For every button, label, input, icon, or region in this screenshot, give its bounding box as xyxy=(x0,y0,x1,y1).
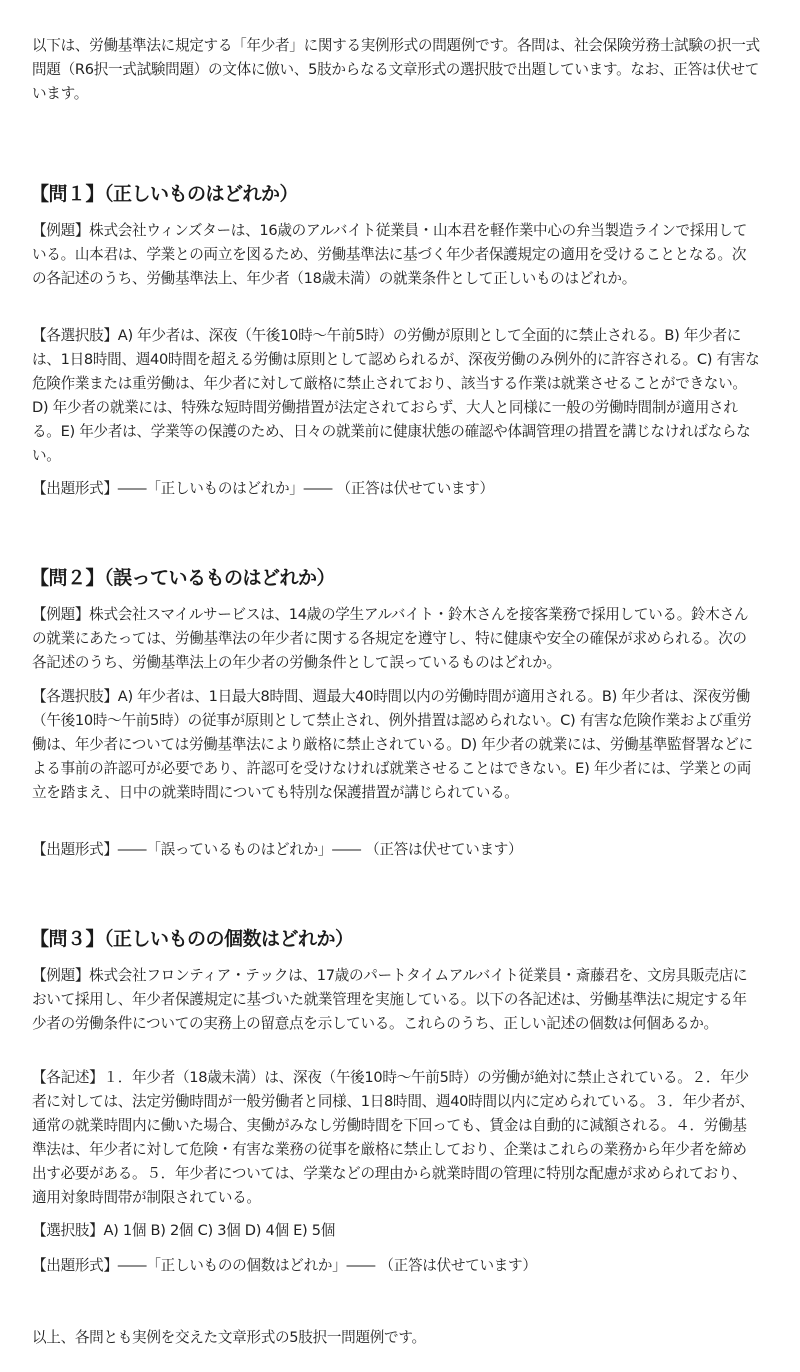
question-3-format: 【出題形式】――「正しいものの個数はどれか」―― （正答は伏せています） xyxy=(32,1254,760,1278)
question-3-type: （正しいものの個数はどれか） xyxy=(104,928,354,950)
question-1-label: 【問１】 xyxy=(30,183,104,205)
question-3-options: 【選択肢】A) 1個 B) 2個 C) 3個 D) 4個 E) 5個 xyxy=(32,1219,760,1243)
question-2-options: 【各選択肢】A) 年少者は、1日最大8時間、週最大40時間以内の労働時間が適用さ… xyxy=(32,685,760,805)
question-1-format: 【出題形式】――「正しいものはどれか」―― （正答は伏せています） xyxy=(32,477,760,501)
question-3-label: 【問３】 xyxy=(30,928,104,950)
question-2-heading: 【問２】（誤っているものはどれか） xyxy=(30,564,770,592)
question-2-type: （誤っているものはどれか） xyxy=(104,567,335,589)
question-1-heading: 【問１】（正しいものはどれか） xyxy=(30,180,770,208)
intro-paragraph: 以下は、労働基準法に規定する「年少者」に関する実例形式の問題例です。各問は、社会… xyxy=(32,34,760,106)
question-3-statements: 【各記述】１．年少者（18歳未満）は、深夜（午後10時～午前5時）の労働が絶対に… xyxy=(32,1066,760,1210)
question-3-heading: 【問３】（正しいものの個数はどれか） xyxy=(30,925,770,953)
question-3-example: 【例題】株式会社フロンティア・テックは、17歳のパートタイムアルバイト従業員・斎… xyxy=(32,964,760,1036)
closing-paragraph: 以上、各問とも実例を交えた文章形式の5肢択一問題例です。 xyxy=(32,1326,760,1350)
document-page: 以下は、労働基準法に規定する「年少者」に関する実例形式の問題例です。各問は、社会… xyxy=(0,0,800,1372)
question-2-label: 【問２】 xyxy=(30,567,104,589)
question-2-format: 【出題形式】――「誤っているものはどれか」―― （正答は伏せています） xyxy=(32,838,760,862)
question-1-example: 【例題】株式会社ウィンズターは、16歳のアルバイト従業員・山本君を軽作業中心の弁… xyxy=(32,219,760,291)
question-1-options: 【各選択肢】A) 年少者は、深夜（午後10時～午前5時）の労働が原則として全面的… xyxy=(32,324,760,468)
question-2-example: 【例題】株式会社スマイルサービスは、14歳の学生アルバイト・鈴木さんを接客業務で… xyxy=(32,603,760,675)
question-1-type: （正しいものはどれか） xyxy=(104,183,298,205)
